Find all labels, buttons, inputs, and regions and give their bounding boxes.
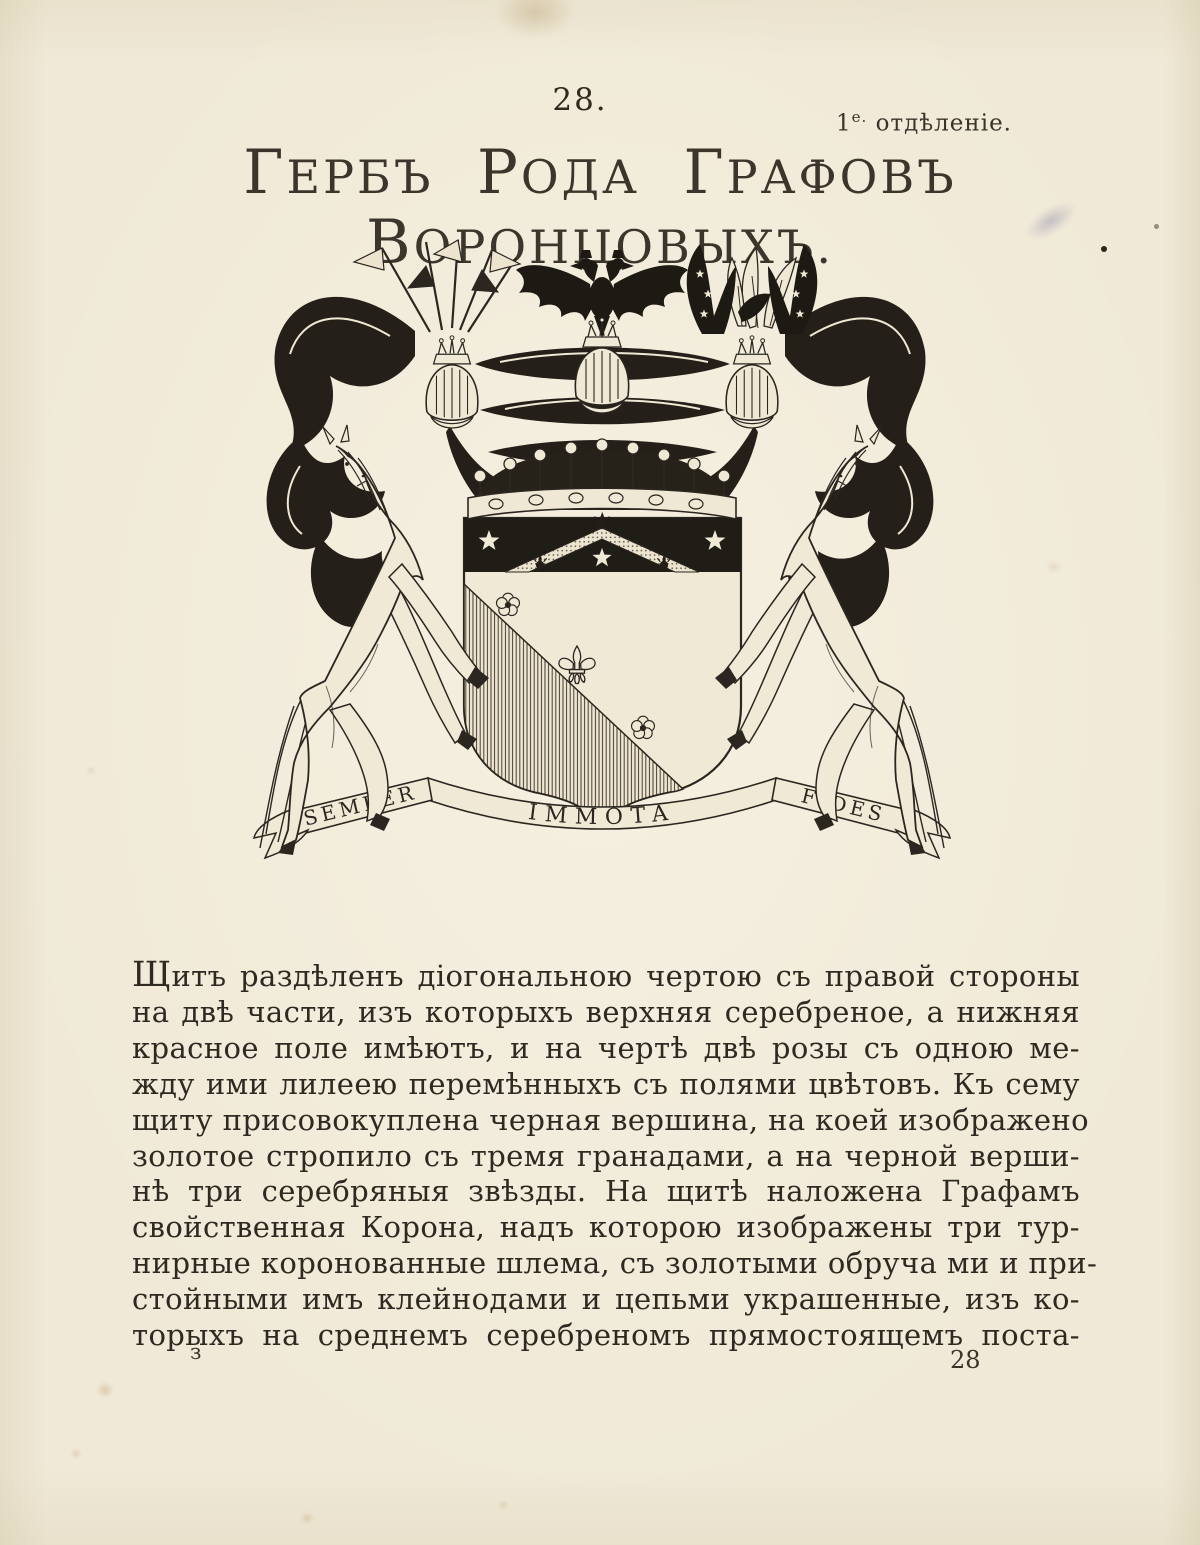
title-word: Графовъ: [683, 138, 956, 208]
signature-mark: з: [190, 1340, 201, 1364]
wings-and-plumes-crest: [687, 244, 818, 334]
body-paragraph: Щитъ раздѣленъ діогональною чертою съ пр…: [132, 958, 1080, 1354]
text-line: щиту присовокуплена черная вершина, на к…: [132, 1103, 1080, 1139]
section-number: 1: [836, 111, 852, 137]
page-number: 28: [950, 1346, 981, 1374]
stain: [495, 0, 575, 38]
stain: [300, 1512, 314, 1524]
stain: [86, 766, 96, 775]
section-label: 1е. отдѣленіе.: [836, 108, 1012, 137]
text-line: золотое стропило съ тремя гранадами, а н…: [132, 1139, 1080, 1175]
coat-of-arms-engraving: SEMPER IMMOTA FIDES: [230, 236, 970, 886]
text-line: торыхъ на среднемъ серебреномъ прямостоя…: [132, 1318, 1080, 1354]
motto-fides: FIDES: [799, 783, 888, 827]
right-helmet: [726, 336, 778, 428]
section-word: отдѣленіе.: [876, 111, 1012, 137]
stain: [1046, 560, 1062, 574]
stain: [96, 1382, 114, 1398]
text-line: нирные коронованные шлема, съ золотыми о…: [132, 1246, 1080, 1282]
title-word: рода: [477, 138, 640, 208]
shield: [464, 512, 741, 827]
book-page: 28. 1е. отдѣленіе. Гербъ рода Графовъ Во…: [0, 0, 1200, 1545]
text-line: Щитъ раздѣленъ діогональною чертою съ пр…: [132, 958, 1080, 995]
motto-semper: SEMPER: [301, 780, 419, 831]
stain: [498, 1500, 509, 1510]
left-helmet: [426, 336, 478, 428]
text-line: красное поле имѣютъ, и на чертѣ двѣ розы…: [132, 1031, 1080, 1067]
text-line: стойными имъ клейнодами и цепьми украшен…: [132, 1282, 1080, 1318]
text-line: жду ими лилеею перемѣнныхъ съ полями цвѣ…: [132, 1067, 1080, 1103]
title-word: Гербъ: [243, 138, 433, 208]
text-line: нѣ три серебряныя звѣзды. На щитѣ наложе…: [132, 1174, 1080, 1210]
text-line: свойственная Корона, надъ которою изобра…: [132, 1210, 1080, 1246]
stain: [70, 1448, 82, 1459]
text-line: на двѣ части, изъ которыхъ верхняя сереб…: [132, 995, 1080, 1031]
section-superscript: е.: [852, 108, 868, 126]
